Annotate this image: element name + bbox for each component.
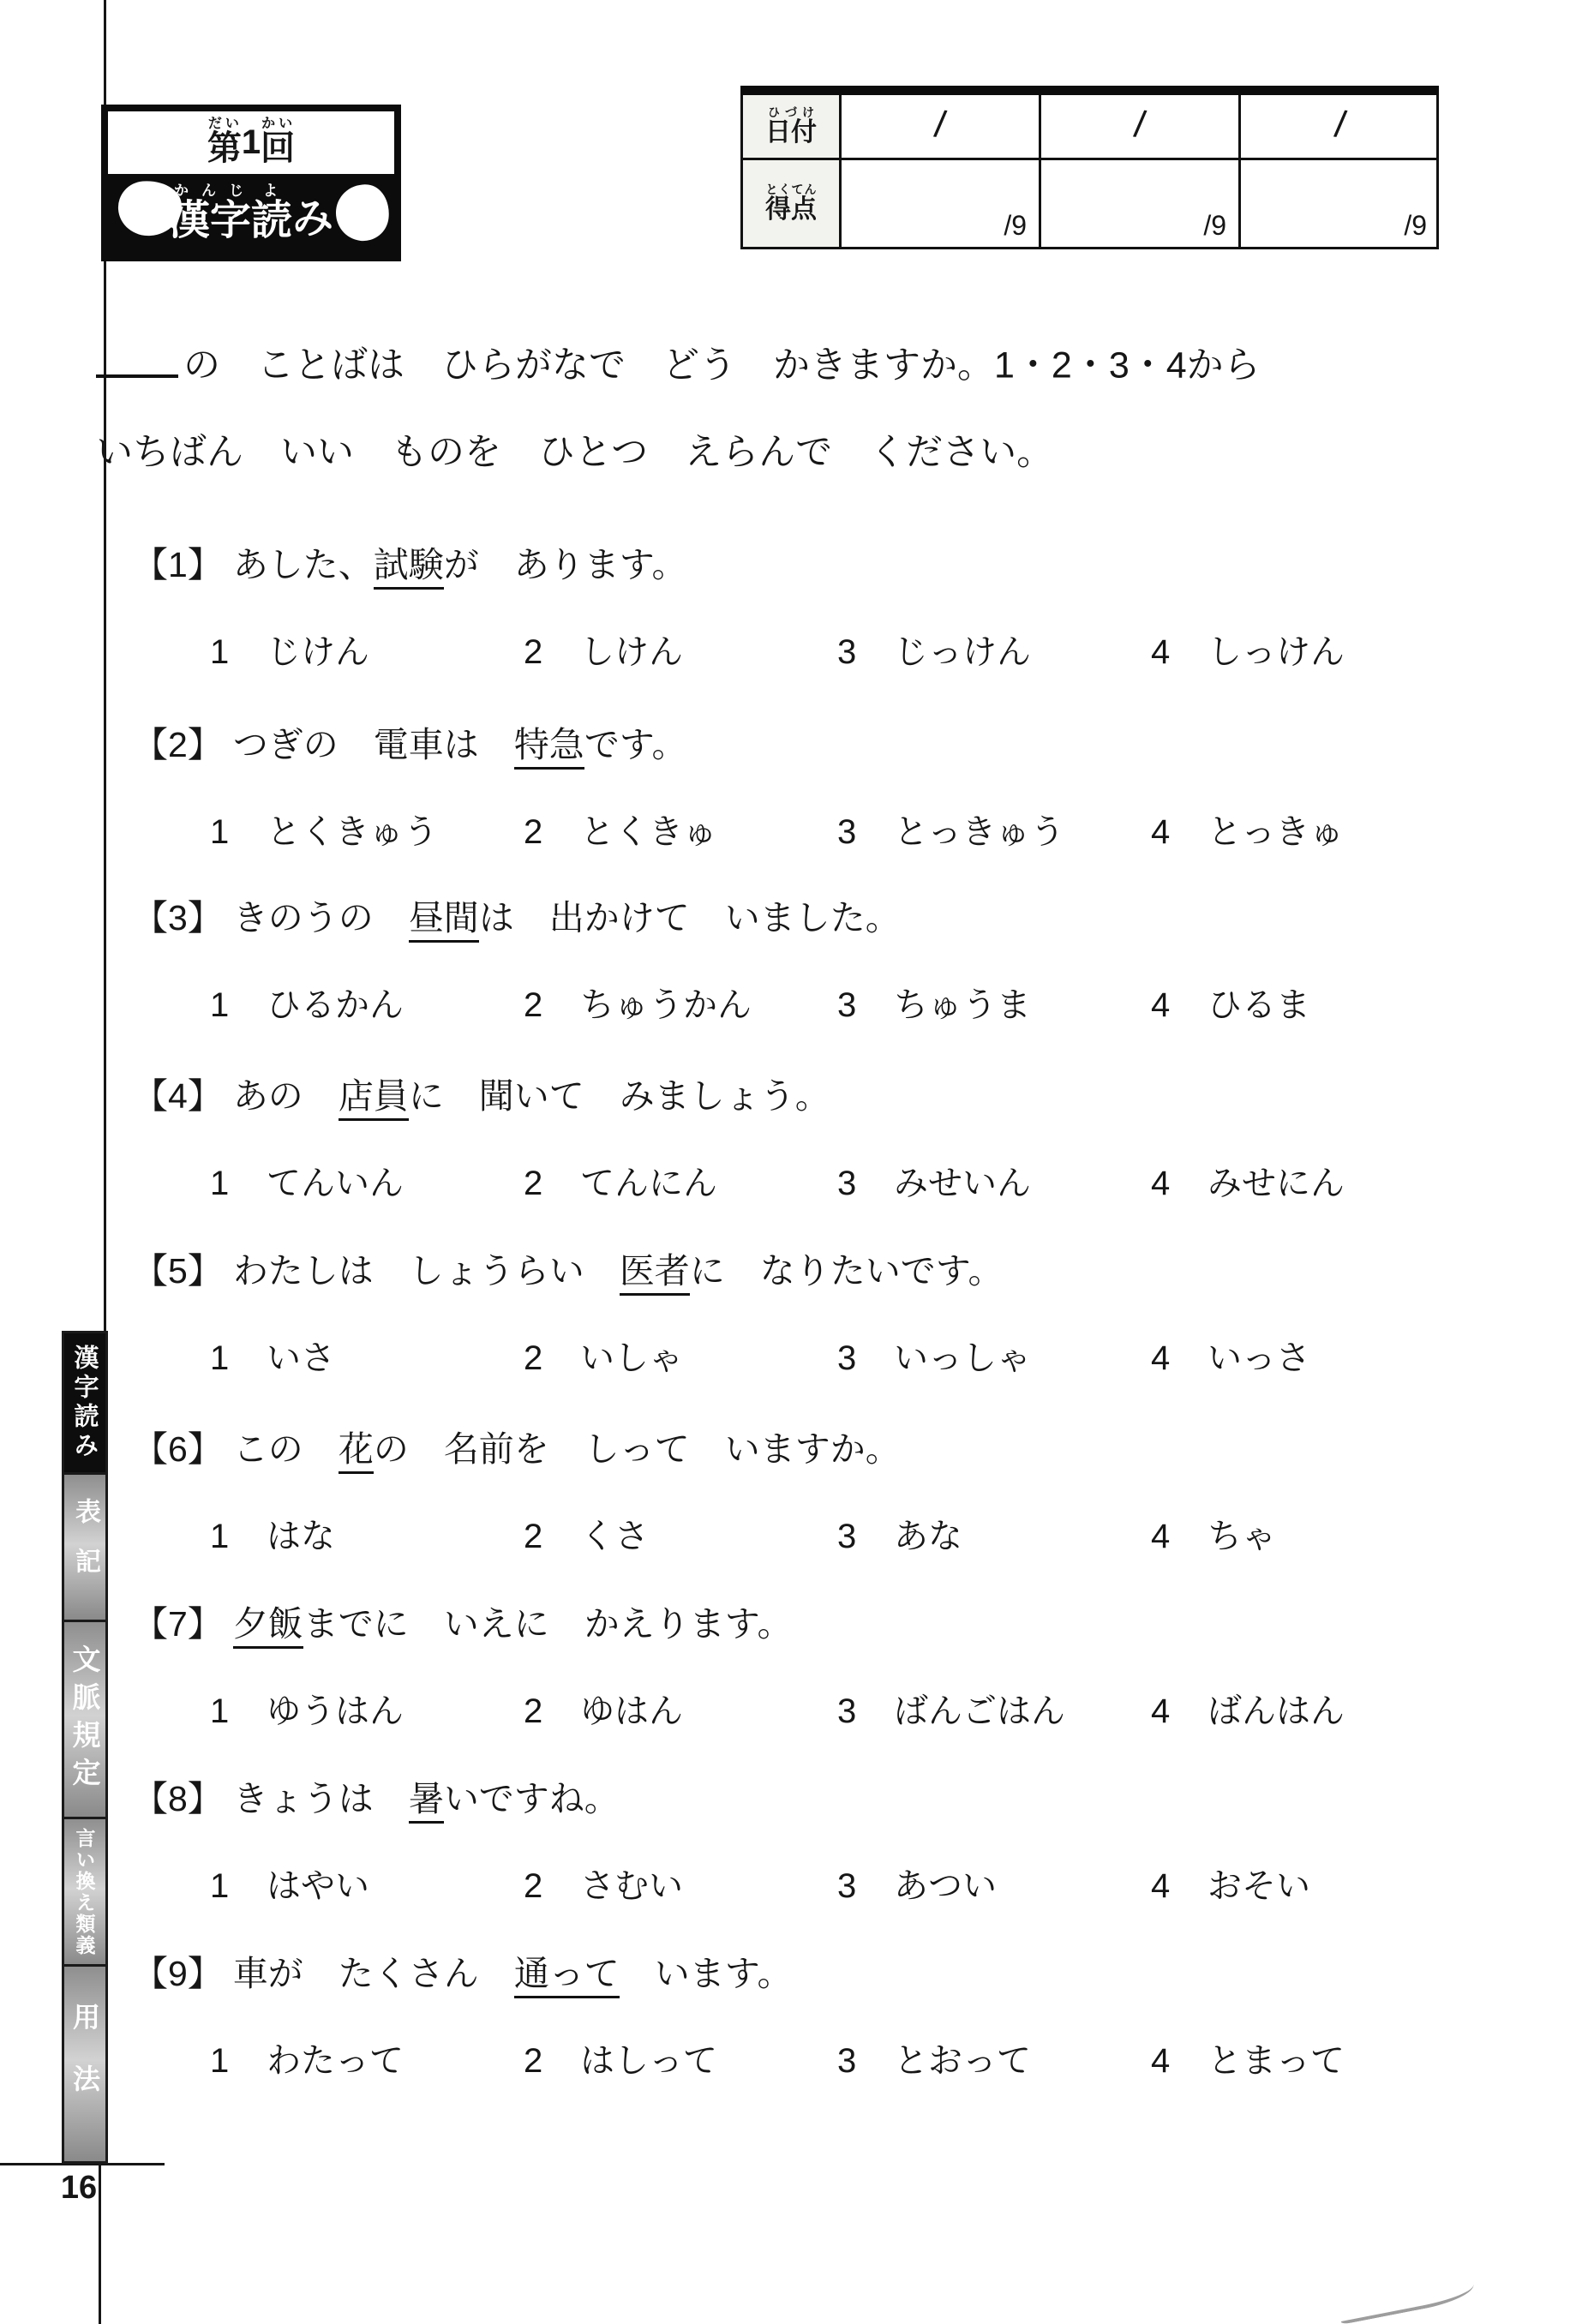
stem-post: の 名前を しって いますか。 — [374, 1429, 901, 1469]
option-3: 3 あな — [837, 1509, 1151, 1558]
question-number: 【9】 — [133, 1954, 223, 1993]
option-text: ちゃ — [1207, 1509, 1276, 1558]
option-2: 2 ちゅうかん — [524, 978, 837, 1027]
underlined-word: 通って — [514, 1954, 620, 1998]
option-1: 1 はな — [210, 1509, 524, 1558]
question-block: 【6】この 花の 名前を しって いますか。 1 はな 2 くさ 3 あな 4 … — [133, 1429, 1478, 1558]
option-2: 2 さむい — [524, 1859, 837, 1908]
tab-bunmyaku-kitei: 文脈規定 — [62, 1622, 108, 1819]
question-stem: 【7】夕飯までに いえに かえります。 — [133, 1604, 1478, 1644]
question-block: 【2】つぎの 電車は 特急です。 1 とくきゅう 2 とくきゅ 3 とっきゅう … — [133, 725, 1478, 854]
stem-pre: あした、 — [233, 545, 374, 584]
date-cell: / — [1241, 95, 1439, 160]
option-number: 1 — [210, 1165, 244, 1203]
option-number: 2 — [524, 986, 558, 1025]
option-1: 1 とくきゅう — [210, 805, 524, 854]
option-number: 4 — [1151, 2042, 1185, 2081]
option-text: はしって — [580, 2033, 717, 2082]
option-text: はやい — [267, 1859, 369, 1908]
question-stem: 【8】きょうは 暑いですね。 — [133, 1779, 1478, 1819]
option-text: はな — [267, 1509, 335, 1558]
blank-underline — [96, 341, 178, 378]
date-cell: / — [842, 95, 1041, 160]
question-block: 【4】あの 店員に 聞いて みましょう。 1 てんいん 2 てんにん 3 みせい… — [133, 1076, 1478, 1205]
question-number: 【2】 — [133, 725, 223, 764]
question-number: 【4】 — [133, 1076, 223, 1116]
decorative-brush-blob-right — [333, 182, 392, 243]
option-text: くさ — [580, 1509, 649, 1558]
option-text: さむい — [580, 1859, 683, 1908]
section-index-tabs: 漢字読み 表記 文脈規定 言い換え類義 用法 — [62, 1331, 108, 2164]
option-text: みせいん — [894, 1156, 1031, 1205]
option-text: あつい — [894, 1859, 997, 1908]
lesson-badge: 第だい1回かい 漢字かんじ読よみ — [101, 105, 401, 261]
option-text: ゆはん — [580, 1684, 683, 1733]
option-text: とまって — [1207, 2033, 1345, 2082]
option-text: おそい — [1207, 1859, 1310, 1908]
option-4: 4 しっけん — [1151, 625, 1465, 674]
question-block: 【7】夕飯までに いえに かえります。 1 ゆうはん 2 ゆはん 3 ばんごはん… — [133, 1604, 1478, 1733]
option-1: 1 ひるかん — [210, 978, 524, 1027]
stem-pre: あの — [233, 1076, 339, 1116]
underlined-word: 店員 — [339, 1076, 409, 1121]
option-number: 2 — [524, 813, 558, 852]
page-number: 16 — [57, 2170, 101, 2207]
underlined-word: 暑 — [409, 1779, 444, 1824]
title-yomi: 読よ — [251, 183, 292, 246]
options-row: 1 とくきゅう 2 とくきゅ 3 とっきゅう 4 とっきゅ — [133, 805, 1478, 854]
question-number: 【6】 — [133, 1429, 223, 1469]
option-number: 3 — [837, 1339, 872, 1378]
option-text: わたって — [267, 2033, 404, 2082]
underlined-word: 夕飯 — [233, 1604, 303, 1649]
question-block: 【3】きのうの 昼間は 出かけて いました。 1 ひるかん 2 ちゅうかん 3 … — [133, 898, 1478, 1027]
option-text: とくきゅ — [580, 805, 717, 854]
stem-post: は 出かけて いました。 — [479, 898, 901, 937]
option-2: 2 いしゃ — [524, 1331, 837, 1380]
option-number: 3 — [837, 1867, 872, 1906]
option-text: とっきゅ — [1207, 805, 1344, 854]
option-text: ゆうはん — [267, 1684, 404, 1733]
option-number: 2 — [524, 633, 558, 672]
option-number: 4 — [1151, 1339, 1185, 1378]
section-title-band: 漢字かんじ読よみ — [108, 174, 394, 255]
option-1: 1 はやい — [210, 1859, 524, 1908]
option-3: 3 とっきゅう — [837, 805, 1151, 854]
question-number: 【8】 — [133, 1779, 223, 1818]
option-text: いっしゃ — [894, 1331, 1031, 1380]
question-number: 【1】 — [133, 545, 223, 584]
option-2: 2 しけん — [524, 625, 837, 674]
option-text: とおって — [894, 2033, 1031, 2082]
option-number: 2 — [524, 1165, 558, 1203]
option-number: 4 — [1151, 633, 1185, 672]
option-text: いっさ — [1207, 1331, 1310, 1380]
option-text: いしゃ — [580, 1331, 683, 1380]
question-stem: 【6】この 花の 名前を しって いますか。 — [133, 1429, 1478, 1470]
option-text: とくきゅう — [267, 805, 438, 854]
option-number: 3 — [837, 1518, 872, 1556]
question-block: 【9】車が たくさん 通って います。 1 わたって 2 はしって 3 とおって… — [133, 1954, 1478, 2082]
title-okurigana: み — [292, 185, 333, 244]
option-3: 3 いっしゃ — [837, 1331, 1151, 1380]
tab-youhou: 用法 — [62, 1967, 108, 2164]
tab-iikae-ruigi: 言い換え類義 — [62, 1819, 108, 1967]
option-text: ばんごはん — [894, 1684, 1065, 1733]
option-number: 1 — [210, 813, 244, 852]
option-number: 2 — [524, 1692, 558, 1731]
option-text: てんにん — [580, 1156, 717, 1205]
option-number: 3 — [837, 2042, 872, 2081]
option-text: ひるかん — [267, 978, 404, 1027]
options-row: 1 はやい 2 さむい 3 あつい 4 おそい — [133, 1859, 1478, 1908]
tab-kanji-yomi: 漢字読み — [62, 1331, 108, 1475]
round-kanji-kai: 回かい — [261, 117, 295, 170]
question-stem: 【4】あの 店員に 聞いて みましょう。 — [133, 1076, 1478, 1117]
underlined-word: 昼間 — [409, 898, 479, 943]
options-row: 1 じけん 2 しけん 3 じっけん 4 しっけん — [133, 625, 1478, 674]
option-1: 1 じけん — [210, 625, 524, 674]
option-text: あな — [894, 1509, 962, 1558]
option-number: 3 — [837, 633, 872, 672]
option-number: 4 — [1151, 1165, 1185, 1203]
stem-pre: きょうは — [233, 1779, 409, 1818]
stem-pre: きのうの — [233, 898, 409, 937]
round-kanji-dai: 第だい — [207, 117, 242, 170]
option-text: ひるま — [1207, 978, 1310, 1027]
underlined-word: 花 — [339, 1429, 374, 1474]
option-number: 2 — [524, 1518, 558, 1556]
question-number: 【3】 — [133, 898, 223, 937]
instructions: の ことばは ひらがなで どう かきますか。1・2・3・4から いちばん いい … — [96, 341, 1467, 471]
option-3: 3 あつい — [837, 1859, 1151, 1908]
option-number: 2 — [524, 1867, 558, 1906]
date-cell: / — [1041, 95, 1241, 160]
option-number: 2 — [524, 1339, 558, 1378]
option-number: 4 — [1151, 986, 1185, 1025]
date-score-table: 日付ひづけ / / / 得点とくてん /9 /9 /9 — [740, 86, 1439, 249]
option-number: 1 — [210, 986, 244, 1025]
option-number: 1 — [210, 1518, 244, 1556]
question-stem: 【1】あした、試験が あります。 — [133, 545, 1478, 585]
option-number: 1 — [210, 2042, 244, 2081]
option-4: 4 ひるま — [1151, 978, 1465, 1027]
underlined-word: 試験 — [374, 545, 444, 590]
options-row: 1 ひるかん 2 ちゅうかん 3 ちゅうま 4 ひるま — [133, 978, 1478, 1027]
options-row: 1 いさ 2 いしゃ 3 いっしゃ 4 いっさ — [133, 1331, 1478, 1380]
question-stem: 【5】わたしは しょうらい 医者に なりたいです。 — [133, 1251, 1478, 1291]
option-3: 3 ちゅうま — [837, 978, 1151, 1027]
question-number: 【7】 — [133, 1604, 223, 1644]
underlined-word: 特急 — [514, 725, 584, 770]
score-row-header: 得点とくてん — [743, 160, 842, 249]
option-text: みせにん — [1207, 1156, 1345, 1205]
title-kanji: 漢字かんじ — [169, 183, 251, 246]
option-1: 1 てんいん — [210, 1156, 524, 1205]
question-number: 【5】 — [133, 1251, 223, 1291]
option-number: 2 — [524, 2042, 558, 2081]
underlined-word: 医者 — [620, 1251, 690, 1296]
option-number: 3 — [837, 813, 872, 852]
option-4: 4 いっさ — [1151, 1331, 1465, 1380]
option-text: ばんはん — [1207, 1684, 1345, 1733]
option-number: 3 — [837, 1692, 872, 1731]
page-curl-mark — [1334, 2263, 1476, 2324]
stem-pre: つぎの 電車は — [233, 725, 514, 764]
option-text: じけん — [267, 625, 369, 674]
option-1: 1 わたって — [210, 2033, 524, 2082]
stem-post: までに いえに かえります。 — [303, 1604, 793, 1644]
instructions-line-2: いちばん いい ものを ひとつ えらんで ください。 — [96, 434, 1467, 471]
table-top-bar — [740, 86, 1439, 95]
option-4: 4 ちゃ — [1151, 1509, 1465, 1558]
score-cell: /9 — [1041, 160, 1241, 249]
option-number: 1 — [210, 633, 244, 672]
question-stem: 【9】車が たくさん 通って います。 — [133, 1954, 1478, 1994]
option-number: 4 — [1151, 1692, 1185, 1731]
option-number: 4 — [1151, 813, 1185, 852]
stem-post: います。 — [620, 1954, 793, 1993]
question-block: 【8】きょうは 暑いですね。 1 はやい 2 さむい 3 あつい 4 おそい — [133, 1779, 1478, 1908]
stem-post: に 聞いて みましょう。 — [409, 1076, 830, 1116]
option-1: 1 ゆうはん — [210, 1684, 524, 1733]
option-number: 1 — [210, 1339, 244, 1378]
option-2: 2 てんにん — [524, 1156, 837, 1205]
option-number: 1 — [210, 1867, 244, 1906]
option-3: 3 じっけん — [837, 625, 1151, 674]
option-text: いさ — [267, 1331, 335, 1380]
option-4: 4 ばんはん — [1151, 1684, 1465, 1733]
options-row: 1 てんいん 2 てんにん 3 みせいん 4 みせにん — [133, 1156, 1478, 1205]
round-number: 1 — [242, 123, 261, 162]
options-row: 1 ゆうはん 2 ゆはん 3 ばんごはん 4 ばんはん — [133, 1684, 1478, 1733]
option-2: 2 はしって — [524, 2033, 837, 2082]
option-number: 3 — [837, 1165, 872, 1203]
date-row-header: 日付ひづけ — [743, 95, 842, 160]
score-cell: /9 — [842, 160, 1041, 249]
option-number: 3 — [837, 986, 872, 1025]
option-number: 4 — [1151, 1867, 1185, 1906]
option-4: 4 みせにん — [1151, 1156, 1465, 1205]
option-2: 2 とくきゅ — [524, 805, 837, 854]
option-2: 2 ゆはん — [524, 1684, 837, 1733]
stem-post: に なりたいです。 — [690, 1251, 1004, 1291]
stem-post: です。 — [584, 725, 687, 764]
option-4: 4 とまって — [1151, 2033, 1465, 2082]
option-3: 3 ばんごはん — [837, 1684, 1151, 1733]
question-stem: 【2】つぎの 電車は 特急です。 — [133, 725, 1478, 765]
option-2: 2 くさ — [524, 1509, 837, 1558]
option-text: ちゅうかん — [580, 978, 752, 1027]
option-text: ちゅうま — [894, 978, 1031, 1027]
stem-pre: わたしは しょうらい — [233, 1251, 620, 1291]
stem-pre: この — [233, 1429, 339, 1469]
stem-pre: 車が たくさん — [233, 1954, 514, 1993]
option-text: じっけん — [894, 625, 1031, 674]
option-text: しっけん — [1207, 625, 1345, 674]
question-block: 【5】わたしは しょうらい 医者に なりたいです。 1 いさ 2 いしゃ 3 い… — [133, 1251, 1478, 1380]
option-4: 4 とっきゅ — [1151, 805, 1465, 854]
option-number: 1 — [210, 1692, 244, 1731]
instructions-line-1: の ことばは ひらがなで どう かきますか。1・2・3・4から — [96, 341, 1467, 385]
score-cell: /9 — [1241, 160, 1439, 249]
options-row: 1 わたって 2 はしって 3 とおって 4 とまって — [133, 2033, 1478, 2082]
stem-post: が あります。 — [444, 545, 687, 584]
stem-post: いですね。 — [444, 1779, 620, 1818]
option-number: 4 — [1151, 1518, 1185, 1556]
options-row: 1 はな 2 くさ 3 あな 4 ちゃ — [133, 1509, 1478, 1558]
option-1: 1 いさ — [210, 1331, 524, 1380]
tab-hyouki: 表記 — [62, 1475, 108, 1622]
option-4: 4 おそい — [1151, 1859, 1465, 1908]
option-text: てんいん — [267, 1156, 404, 1205]
question-block: 【1】あした、試験が あります。 1 じけん 2 しけん 3 じっけん 4 しっ… — [133, 545, 1478, 674]
option-3: 3 みせいん — [837, 1156, 1151, 1205]
option-text: しけん — [580, 625, 683, 674]
question-stem: 【3】きのうの 昼間は 出かけて いました。 — [133, 898, 1478, 938]
option-3: 3 とおって — [837, 2033, 1151, 2082]
option-text: とっきゅう — [894, 805, 1064, 854]
lesson-round-label: 第だい1回かい — [108, 111, 394, 174]
